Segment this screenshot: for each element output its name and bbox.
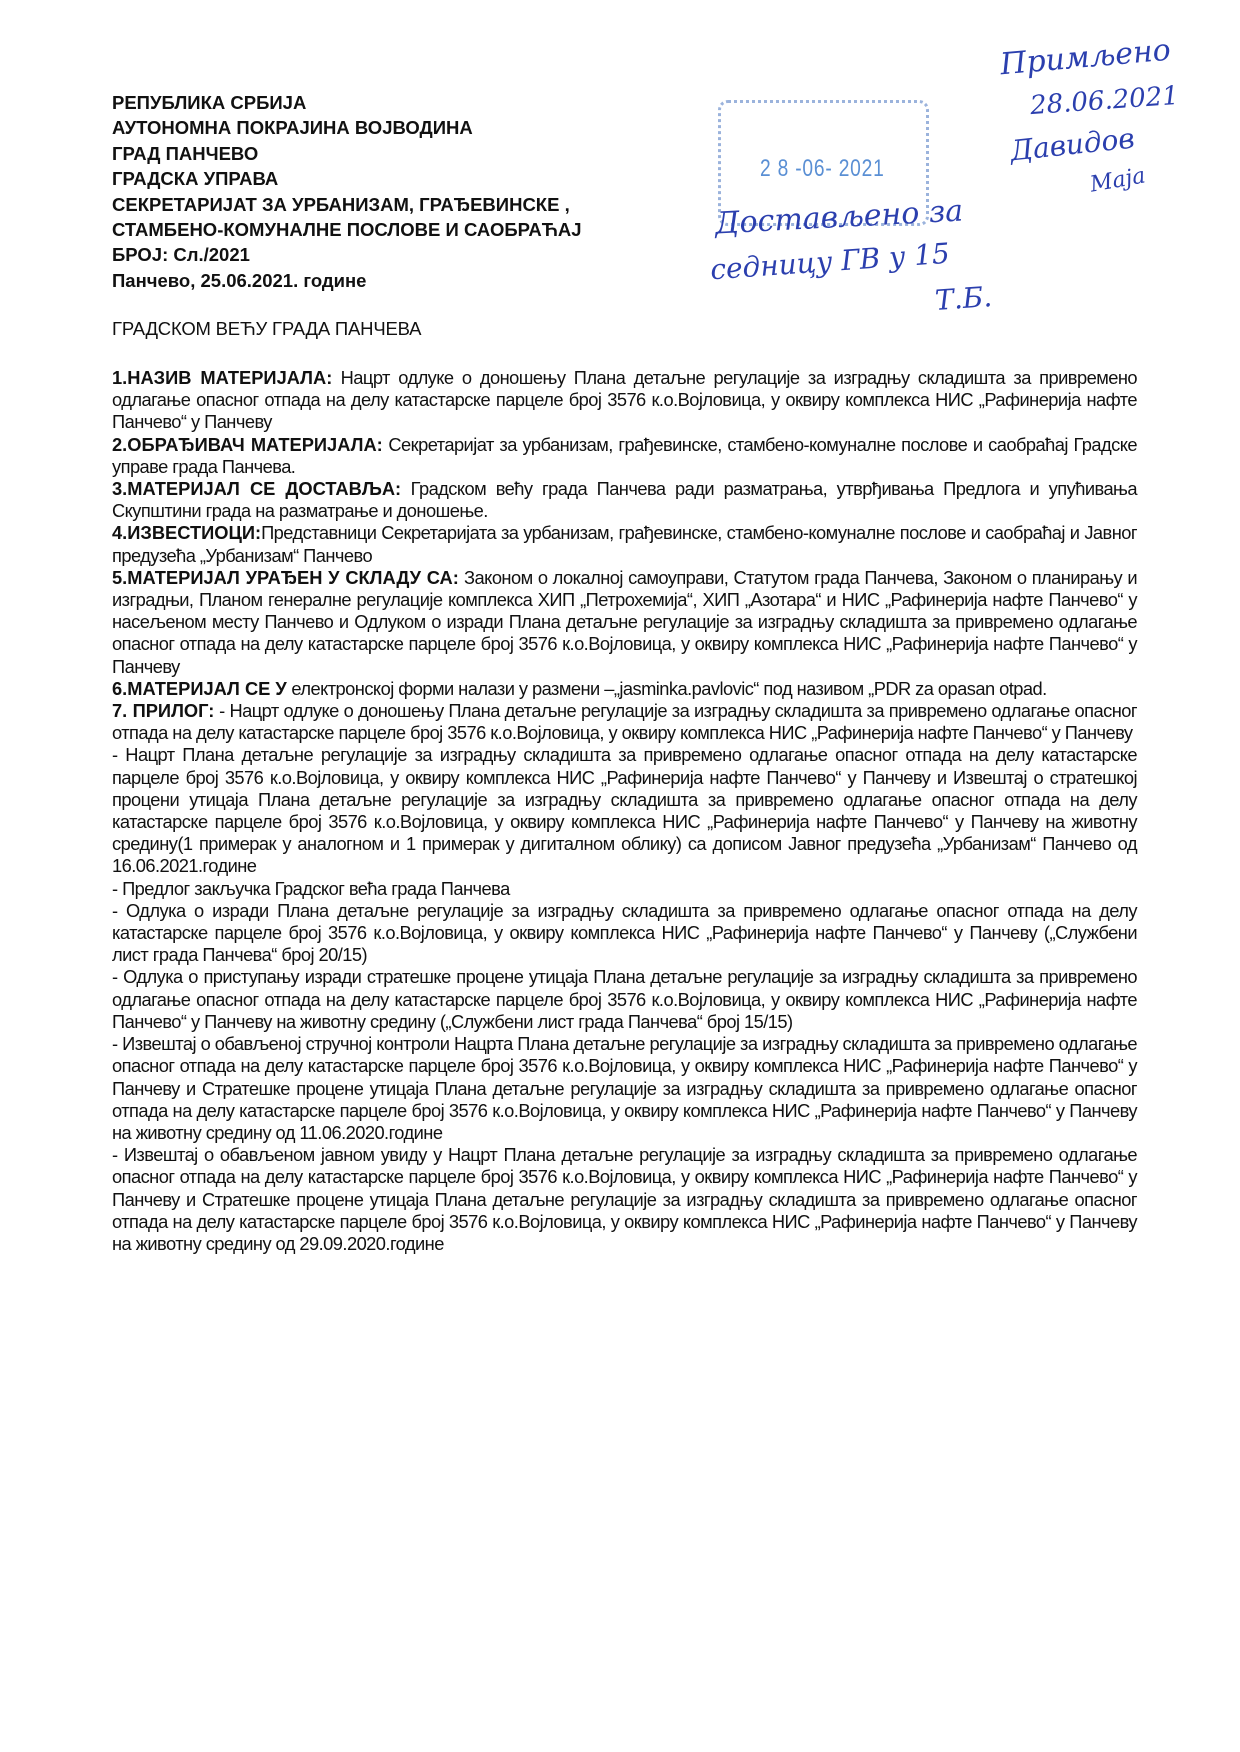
handwritten-session: седницу ГВ у 15	[709, 237, 951, 287]
letterhead: РЕПУБЛИКА СРБИЈА АУТОНОМНА ПОКРАЈИНА ВОЈ…	[112, 90, 582, 293]
section-label: 3.МАТЕРИЈАЛ СЕ ДОСТАВЉА:	[112, 478, 401, 499]
section-label: 1.НАЗИВ МАТЕРИЈАЛА:	[112, 367, 332, 388]
attachment-item: - Извештај о обављеном јавном увиду у На…	[112, 1144, 1137, 1255]
stamp-date: 2 8 -06- 2021	[760, 155, 885, 183]
letterhead-line: ГРАДСКА УПРАВА	[112, 166, 582, 191]
section-1: 1.НАЗИВ МАТЕРИЈАЛА: Нацрт одлуке о донош…	[112, 367, 1137, 434]
section-label: 7. ПРИЛОГ:	[112, 700, 214, 721]
attachment-item: - Одлука о изради Плана детаљне регулаци…	[112, 900, 1137, 967]
addressee: ГРАДСКОМ ВЕЋУ ГРАДА ПАНЧЕВА	[112, 318, 421, 340]
attachment-item: - Предлог закључка Градског већа града П…	[112, 878, 1137, 900]
document-page: РЕПУБЛИКА СРБИЈА АУТОНОМНА ПОКРАЈИНА ВОЈ…	[0, 0, 1240, 1752]
section-label: 6.МАТЕРИЈАЛ СЕ У	[112, 678, 287, 699]
section-5: 5.МАТЕРИЈАЛ УРАЂЕН У СКЛАДУ СА: Законом …	[112, 567, 1137, 678]
document-date: Панчево, 25.06.2021. године	[112, 268, 582, 293]
section-2: 2.ОБРАЂИВАЧ МАТЕРИЈАЛА: Секретаријат за …	[112, 434, 1137, 478]
handwritten-signature-name: Давидов	[1009, 122, 1136, 168]
letterhead-line: СТАМБЕНО-КОМУНАЛНЕ ПОСЛОВЕ И САОБРАЋАЈ	[112, 217, 582, 242]
section-text: Представници Секретаријата за урбанизам,…	[112, 522, 1137, 565]
handwritten-initials: Т.Б.	[934, 280, 993, 317]
section-6: 6.МАТЕРИЈАЛ СЕ У електронској форми нала…	[112, 678, 1137, 700]
attachment-item: - Нацрт Плана детаљне регулације за изгр…	[112, 744, 1137, 877]
section-text: електронској форми налази у размени –„ja…	[287, 678, 1047, 699]
section-label: 5.МАТЕРИЈАЛ УРАЂЕН У СКЛАДУ СА:	[112, 567, 459, 588]
section-3: 3.МАТЕРИЈАЛ СЕ ДОСТАВЉА: Градском већу г…	[112, 478, 1137, 522]
letterhead-line: АУТОНОМНА ПОКРАЈИНА ВОЈВОДИНА	[112, 115, 582, 140]
attachment-item: - Одлука о приступању изради стратешке п…	[112, 966, 1137, 1033]
section-text: - Нацрт одлуке о доношењу Плана детаљне …	[112, 700, 1137, 743]
attachment-item: - Извештај о обављеној стручној контроли…	[112, 1033, 1137, 1144]
handwritten-signature-first-name: Маја	[1088, 163, 1147, 197]
handwritten-received: Примљено	[999, 33, 1172, 83]
letterhead-line: ГРАД ПАНЧЕВО	[112, 141, 582, 166]
letterhead-line: СЕКРЕТАРИЈАТ ЗА УРБАНИЗАМ, ГРАЂЕВИНСКЕ ,	[112, 192, 582, 217]
section-7: 7. ПРИЛОГ: - Нацрт одлуке о доношењу Пла…	[112, 700, 1137, 744]
section-label: 4.ИЗВЕСТИОЦИ:	[112, 522, 261, 543]
letterhead-line: РЕПУБЛИКА СРБИЈА	[112, 90, 582, 115]
section-4: 4.ИЗВЕСТИОЦИ:Представници Секретаријата …	[112, 522, 1137, 566]
document-number: БРОЈ: Сл./2021	[112, 242, 582, 267]
section-label: 2.ОБРАЂИВАЧ МАТЕРИЈАЛА:	[112, 434, 383, 455]
document-body: 1.НАЗИВ МАТЕРИЈАЛА: Нацрт одлуке о донош…	[112, 367, 1137, 1255]
handwritten-received-date: 28.06.2021	[1029, 81, 1180, 121]
